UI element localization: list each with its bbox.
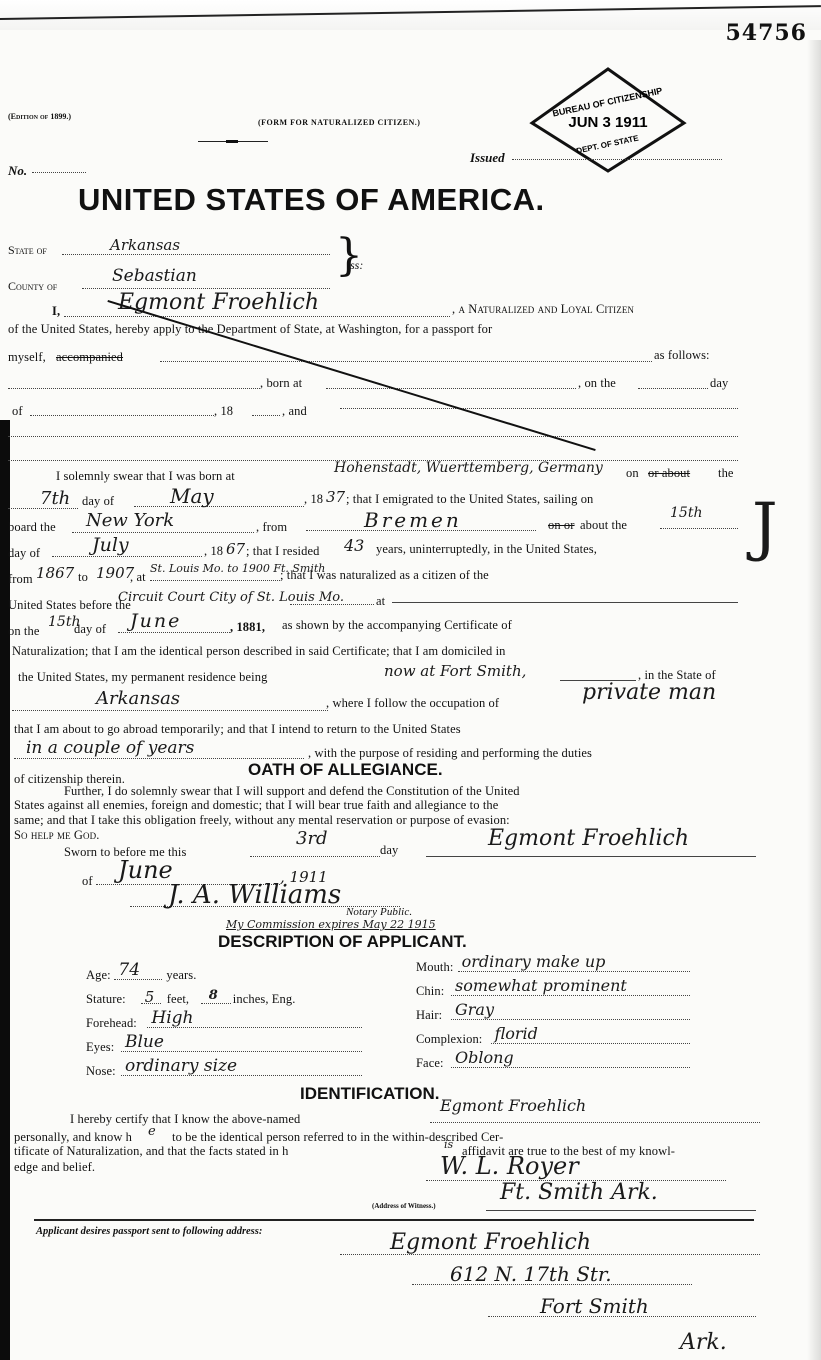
on-or-struck: on or	[548, 518, 575, 533]
description-face-field[interactable]: Oblong	[455, 1048, 514, 1067]
on-the-line	[638, 388, 708, 389]
occupation-field[interactable]: private man	[582, 680, 716, 705]
port-field[interactable]: Bremen	[364, 508, 462, 532]
serial-number: 54756	[725, 20, 807, 46]
and-line	[340, 408, 738, 409]
accompanied-struck: accompanied	[56, 350, 123, 365]
sail-year-field[interactable]: 67	[226, 540, 245, 558]
birth-month-field[interactable]: May	[170, 484, 214, 508]
birth-day-field[interactable]: 7th	[40, 488, 70, 509]
description-label: Hair:	[416, 1008, 442, 1023]
of-label: of	[12, 404, 23, 419]
form-type: (FORM FOR NATURALIZED CITIZEN.)	[258, 118, 420, 127]
identification-title: IDENTIFICATION.	[300, 1084, 439, 1104]
description-hair-field[interactable]: Gray	[455, 1000, 494, 1019]
stature-feet-field[interactable]: 5	[145, 988, 155, 1006]
oath-line-1: Further, I do solemnly swear that I will…	[64, 784, 520, 799]
certificate-text: as shown by the accompanying Certificate…	[282, 618, 512, 633]
day-of-label-2: day of	[8, 546, 40, 561]
state-label: State of	[8, 243, 47, 258]
naturalization-year: , 1881,	[230, 620, 265, 635]
number-field[interactable]	[32, 172, 86, 173]
mailing-address-line[interactable]: Ark.	[680, 1330, 727, 1355]
identification-line-1: I hereby certify that I know the above-n…	[70, 1112, 300, 1127]
purpose-text: , with the purpose of residing and perfo…	[308, 746, 592, 761]
oath-line-4: So help me God.	[14, 828, 99, 843]
identification-line-2b: to be the identical person referred to i…	[172, 1130, 503, 1145]
state-field-line	[62, 254, 330, 255]
sworn-day-label: day	[380, 843, 398, 858]
applicant-name-line	[64, 316, 450, 317]
oath-line-3: same; and that I take this obligation fr…	[14, 813, 510, 828]
blank-line-1	[8, 436, 738, 437]
description-label: Mouth:	[416, 960, 453, 975]
about-the-label: about the	[580, 518, 627, 533]
ss-label: ss:	[350, 258, 363, 273]
description-line	[201, 1003, 231, 1004]
sail-month-field[interactable]: July	[92, 534, 129, 556]
and-label: , and	[282, 404, 307, 419]
commission-expiry: My Commission expires May 22 1915	[226, 918, 436, 931]
nat-month-line	[118, 632, 230, 633]
board-the-label: board the	[8, 520, 56, 535]
number-label: No.	[8, 163, 27, 179]
at-label: , at	[130, 570, 146, 585]
description-line	[451, 1019, 690, 1020]
apply-text: of the United States, hereby apply to th…	[8, 322, 492, 337]
identification-line-4: edge and belief.	[14, 1160, 95, 1175]
notary-signature: J. A. Williams	[168, 880, 341, 910]
witness-address-label: (Address of Witness.)	[372, 1202, 436, 1210]
description-complexion-field[interactable]: florid	[495, 1024, 538, 1043]
on-the-label: , on the	[578, 376, 616, 391]
years-resided-field[interactable]: 43	[344, 536, 364, 555]
passport-application-page: 54756 (Edition of 1899.) (FORM FOR NATUR…	[0, 0, 821, 1360]
sail-day-field[interactable]: 15th	[670, 505, 702, 521]
oath-title: OATH OF ALLEGIANCE.	[248, 760, 443, 780]
applicant-signature: Egmont Froehlich	[488, 826, 689, 851]
state-field[interactable]: Arkansas	[110, 236, 180, 254]
companion-line	[8, 388, 260, 389]
uninterruptedly-text: years, uninterruptedly, in the United St…	[376, 542, 597, 557]
description-label: Age:	[86, 968, 111, 983]
sworn-of-label: of	[82, 874, 93, 889]
born-at-line	[326, 388, 576, 389]
county-label: County of	[8, 279, 57, 294]
margin-mark: J	[752, 490, 778, 564]
description-line	[451, 995, 690, 996]
from-label: , from	[256, 520, 287, 535]
as-follows: as follows:	[654, 348, 710, 363]
identification-line-3a: tificate of Naturalization, and that the…	[14, 1144, 288, 1159]
inches-label: inches, Eng.	[233, 992, 296, 1007]
description-title: DESCRIPTION OF APPLICANT.	[218, 932, 467, 952]
description-label: Chin:	[416, 984, 444, 999]
description-line	[458, 971, 690, 972]
abroad-text: that I am about to go abroad temporarily…	[14, 722, 461, 737]
divider-ornament	[226, 140, 238, 143]
sworn-day-line	[250, 856, 380, 857]
years-label: years.	[166, 968, 196, 983]
description-label: Stature:	[86, 992, 126, 1007]
i-label: I,	[52, 304, 60, 319]
court-at-line	[392, 602, 738, 603]
resided-label: ; that I resided	[246, 544, 319, 559]
occupation-label: , where I follow the occupation of	[326, 696, 499, 711]
day-label: day	[710, 376, 728, 391]
applicant-name-field[interactable]: Egmont Froehlich	[118, 290, 319, 315]
at-label-2: at	[376, 594, 385, 609]
return-time-field[interactable]: in a couple of years	[26, 738, 194, 758]
mailing-address-line[interactable]: Fort Smith	[540, 1294, 649, 1318]
identification-line-2a: personally, and know h	[14, 1130, 132, 1145]
section-divider	[34, 1219, 754, 1221]
sail-day-line	[660, 528, 738, 529]
birthplace-field[interactable]: Hohenstadt, Wuerttemberg, Germany	[334, 460, 603, 476]
affidavit-line-1: I solemnly swear that I was born at	[56, 469, 235, 484]
description-label: Eyes:	[86, 1040, 114, 1055]
description-nose-field[interactable]: ordinary size	[125, 1056, 237, 1076]
issued-label: Issued	[470, 150, 505, 166]
stature-inches-field[interactable]: 8	[209, 988, 218, 1003]
issued-field[interactable]	[512, 159, 722, 160]
born-at-label: , born at	[260, 376, 302, 391]
ship-line	[72, 532, 254, 533]
naturalization-month-field[interactable]: June	[130, 610, 181, 632]
witness-address-field[interactable]: Ft. Smith Ark.	[500, 1180, 658, 1205]
svg-text:JUN 3 1911: JUN 3 1911	[568, 114, 647, 131]
emigrated-text: ; that I emigrated to the United States,…	[346, 492, 593, 507]
edition-note: (Edition of 1899.)	[8, 112, 71, 121]
sworn-month-field[interactable]: June	[118, 856, 173, 884]
day-of-label: day of	[82, 494, 114, 509]
feet-label: feet,	[167, 992, 189, 1007]
page-top-edge	[0, 0, 821, 30]
to-year-field[interactable]: 1907	[96, 564, 134, 582]
myself-label: myself,	[8, 350, 46, 365]
birth-year-prefix: , 18	[304, 492, 323, 507]
oath-line-2: States against all enemies, foreign and …	[14, 798, 498, 813]
on-the-label-2: on the	[8, 624, 40, 639]
identical-person-text: Naturalization; that I am the identical …	[12, 644, 506, 659]
pronoun-he-field[interactable]: e	[148, 1124, 156, 1139]
of-line	[30, 415, 214, 416]
court-field[interactable]: Circuit Court City of St. Louis Mo.	[118, 590, 344, 605]
description-age-field[interactable]: 74	[118, 960, 140, 980]
residence-field[interactable]: now at Fort Smith,	[384, 662, 526, 680]
description-line	[451, 1067, 690, 1068]
description-label: Face:	[416, 1056, 444, 1071]
the-label: the	[718, 466, 734, 481]
svg-text:DEPT. OF STATE: DEPT. OF STATE	[576, 133, 640, 155]
ship-field[interactable]: New York	[86, 510, 174, 531]
citizen-text: , a Naturalized and Loyal Citizen	[452, 302, 634, 317]
sail-year-prefix: , 18	[204, 544, 223, 559]
description-chin-field[interactable]: somewhat prominent	[455, 976, 627, 995]
description-eyes-field[interactable]: Blue	[125, 1032, 164, 1052]
residence-label: the United States, my permanent residenc…	[18, 670, 267, 685]
mailing-label: Applicant desires passport sent to follo…	[36, 1226, 262, 1237]
places-line	[150, 580, 280, 581]
state-line	[12, 710, 328, 711]
pronoun-his-field[interactable]: is	[444, 1138, 453, 1151]
residence-state-field[interactable]: Arkansas	[96, 688, 180, 709]
notary-label: Notary Public.	[346, 906, 412, 918]
scan-right-shadow	[807, 40, 821, 1360]
mailing-address-line[interactable]: Egmont Froehlich	[390, 1230, 591, 1255]
county-field[interactable]: Sebastian	[112, 266, 197, 286]
from-year-field[interactable]: 1867	[36, 564, 74, 582]
scan-left-border	[0, 420, 10, 1360]
description-forehead-field[interactable]: High	[151, 1008, 193, 1028]
birth-year-field[interactable]: 37	[326, 488, 345, 506]
description-label: Complexion:	[416, 1032, 482, 1047]
from-year-label: from	[8, 572, 33, 587]
or-about-struck: or about	[648, 466, 690, 481]
identified-name-field[interactable]: Egmont Froehlich	[440, 1096, 586, 1115]
before-the-label: United States before the	[8, 598, 131, 613]
named-line	[430, 1122, 760, 1123]
naturalized-text: ; that I was naturalized as a citizen of…	[280, 568, 489, 583]
year-prefix: , 18	[214, 404, 233, 419]
year-line	[252, 415, 280, 416]
court-line	[290, 604, 374, 605]
description-mouth-field[interactable]: ordinary make up	[462, 952, 606, 971]
return-line	[14, 758, 304, 759]
applicant-signature-line	[426, 856, 756, 857]
sail-month-line	[52, 556, 202, 557]
witness-address-line	[486, 1210, 756, 1211]
sworn-day-field[interactable]: 3rd	[296, 828, 328, 849]
description-label: Nose:	[86, 1064, 116, 1079]
to-year-label: to	[78, 570, 88, 585]
witness-signature: W. L. Royer	[440, 1152, 579, 1180]
birth-month-line	[134, 506, 304, 507]
day-of-label-3: day of	[74, 622, 106, 637]
accompanied-line	[160, 361, 652, 362]
on-label: on	[626, 466, 639, 481]
document-title: UNITED STATES OF AMERICA.	[78, 182, 545, 218]
description-label: Forehead:	[86, 1016, 137, 1031]
mailing-address-line[interactable]: 612 N. 17th Str.	[450, 1262, 612, 1286]
description-line	[491, 1043, 690, 1044]
county-field-line	[82, 288, 330, 289]
